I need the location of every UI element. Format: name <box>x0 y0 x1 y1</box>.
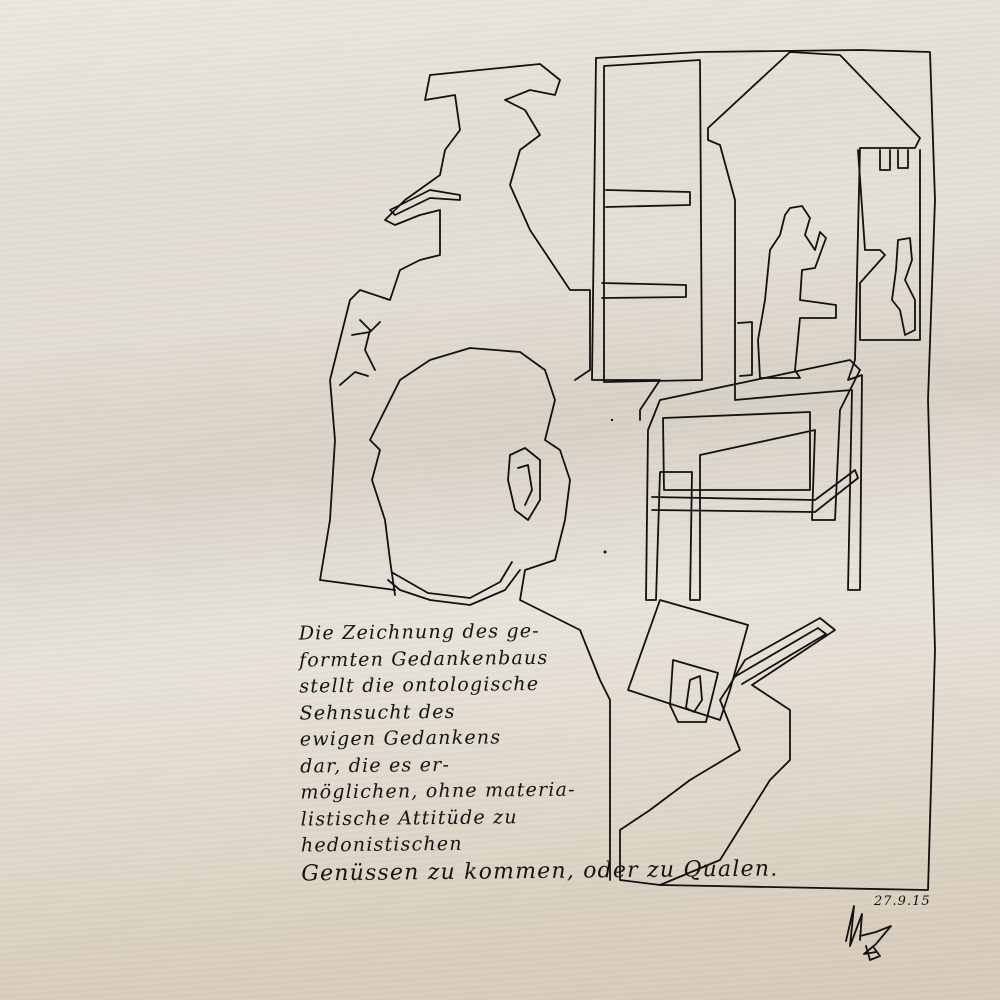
house-gable <box>708 52 920 590</box>
signature-date: 27.9.15 <box>874 894 931 909</box>
foliage <box>320 64 590 590</box>
handwritten-caption: Die Zeichnung des ge- formten Gedankenba… <box>299 616 779 888</box>
caption-line: Genüssen zu kommen, oder zu Qualen. <box>301 856 778 887</box>
kneeling-figure <box>758 206 836 378</box>
ink-dot <box>604 551 607 554</box>
plant-silhouette <box>892 238 915 335</box>
person-ear <box>508 448 540 520</box>
caption-line: hedonistischen <box>301 827 778 858</box>
table <box>646 360 860 600</box>
window-frame <box>592 58 702 420</box>
artist-signature: 27.9.15 <box>836 896 906 970</box>
